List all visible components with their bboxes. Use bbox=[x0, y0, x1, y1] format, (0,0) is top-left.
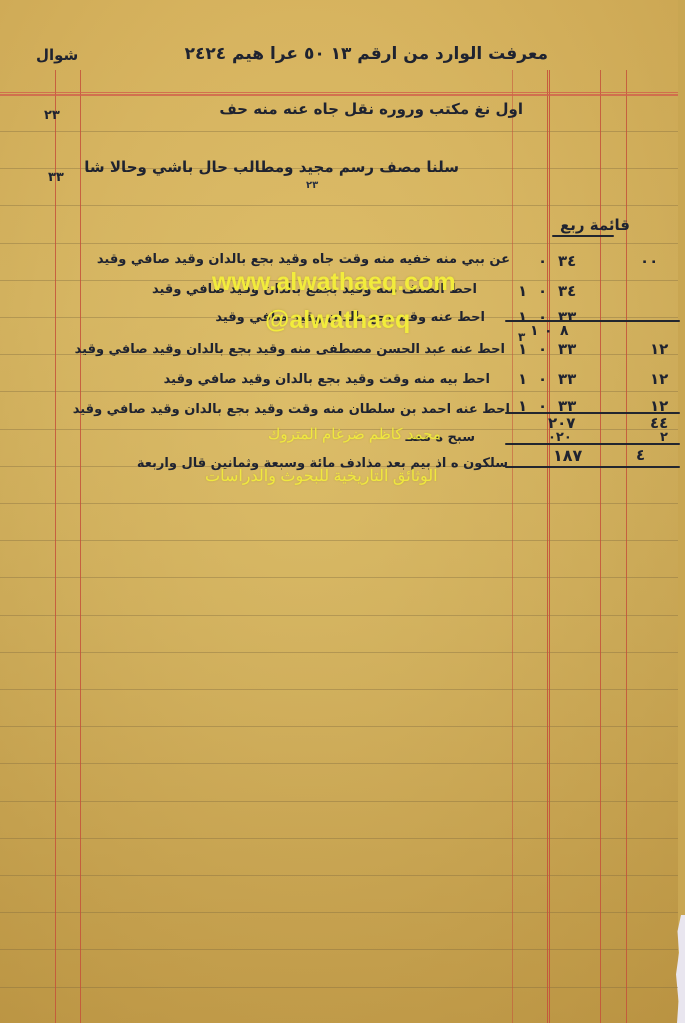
ruled-line bbox=[0, 577, 678, 578]
ruled-line bbox=[0, 763, 678, 764]
entry-description: احط عنه احمد بن سلطان منه وقت وقيد بجع ب… bbox=[73, 402, 510, 417]
subtotal-fraction: ٠ bbox=[544, 323, 553, 339]
ruled-line bbox=[0, 243, 678, 244]
amount-column-rule bbox=[547, 70, 550, 1023]
header-title: معرفت الوارد من ارقم ١٣ ٥٠ عرا هيم ٢٤٢٤ bbox=[185, 44, 548, 64]
entry-amount-fraction: ٠ bbox=[538, 340, 547, 358]
entry-amount-fraction: ٠ bbox=[538, 282, 547, 300]
entry-amount-fraction: ٠ bbox=[538, 370, 547, 388]
column-header: قائمة ربع bbox=[560, 216, 630, 234]
entry-amount: ٣٤ bbox=[558, 252, 576, 270]
ruled-line bbox=[0, 503, 678, 504]
ruled-line bbox=[0, 652, 678, 653]
ruled-line bbox=[0, 987, 678, 988]
intro-line-2-margin-note: ٣٣ bbox=[48, 170, 64, 185]
entry-description: احط عنه عبد الحسن مصطفى منه وقيد بجع بال… bbox=[75, 342, 505, 357]
column-header-underline bbox=[552, 235, 614, 237]
entry-amount-unit: ١ bbox=[518, 282, 527, 300]
grand-total-amount: ١٨٧ bbox=[553, 446, 582, 465]
amount-column-rule-2 bbox=[600, 70, 601, 1023]
ruled-line bbox=[0, 801, 678, 802]
intro-line-1: اول نغ مكتب وروره نقل جاه عنه منه حف bbox=[219, 100, 523, 118]
ruled-line bbox=[0, 540, 678, 541]
header-month: شوال bbox=[36, 46, 78, 64]
watermark-author: محمد كاظم ضرغام المتروك bbox=[268, 425, 441, 443]
right-column-rule bbox=[626, 70, 627, 1023]
intro-line-2: سلنا مصف رسم مجيد ومطالب حال باشي وحالا … bbox=[84, 158, 459, 176]
grand-total-side-value: ٤ bbox=[636, 446, 645, 464]
entry-side-value: ١٢ bbox=[650, 340, 668, 358]
entry-amount: ٣٣ bbox=[558, 370, 576, 388]
ruled-line bbox=[0, 726, 678, 727]
ruled-line bbox=[0, 131, 678, 132]
entry-amount-unit: ١ bbox=[518, 370, 527, 388]
left-margin-rule-2 bbox=[80, 70, 81, 1023]
grand-total-line bbox=[505, 443, 680, 445]
entry-description: احط بيه منه وقت وقيد بجع بالدان وقيد صاف… bbox=[164, 372, 490, 387]
ruled-line bbox=[0, 205, 678, 206]
ruled-line bbox=[0, 949, 678, 950]
subtotal-amount: ٨ bbox=[560, 323, 569, 339]
left-margin-rule-1 bbox=[55, 70, 56, 1023]
ledger-page bbox=[0, 0, 678, 1023]
ruled-line bbox=[0, 689, 678, 690]
ruled-line bbox=[0, 615, 678, 616]
entry-amount-unit: ١ bbox=[518, 308, 527, 326]
ruled-line bbox=[0, 391, 678, 392]
entry-side-value: ١٢ bbox=[650, 370, 668, 388]
watermark-organization: الوثائق التاريخية للبحوث والدراسات bbox=[205, 466, 438, 486]
intro-line-1-margin-note: ٢٣ bbox=[44, 108, 60, 123]
header-double-rule bbox=[0, 92, 678, 96]
entry-amount-fraction: ٠ bbox=[538, 252, 547, 270]
entry-amount-unit: ١ bbox=[518, 340, 527, 358]
closing-line bbox=[505, 466, 680, 468]
entry-amount: ٣٣ bbox=[558, 340, 576, 358]
intro-line-2-sub-note: ٢٣ bbox=[306, 180, 318, 191]
ruled-line bbox=[0, 875, 678, 876]
entry-description: عن ببي منه خفيه منه وقت جاه وقيد بجع بال… bbox=[97, 252, 510, 267]
watermark-url: www.alwathaeq.com bbox=[212, 268, 456, 297]
entry-amount: ٣٤ bbox=[558, 282, 576, 300]
text-column-rule bbox=[512, 70, 513, 1023]
ruled-line bbox=[0, 912, 678, 913]
subtotal-unit: ١ bbox=[530, 323, 539, 339]
watermark-handle: @alwathaeq bbox=[265, 306, 410, 335]
entry-side-value: ٠٠ bbox=[640, 252, 658, 270]
ruled-line bbox=[0, 838, 678, 839]
subtotal-line bbox=[505, 320, 680, 322]
